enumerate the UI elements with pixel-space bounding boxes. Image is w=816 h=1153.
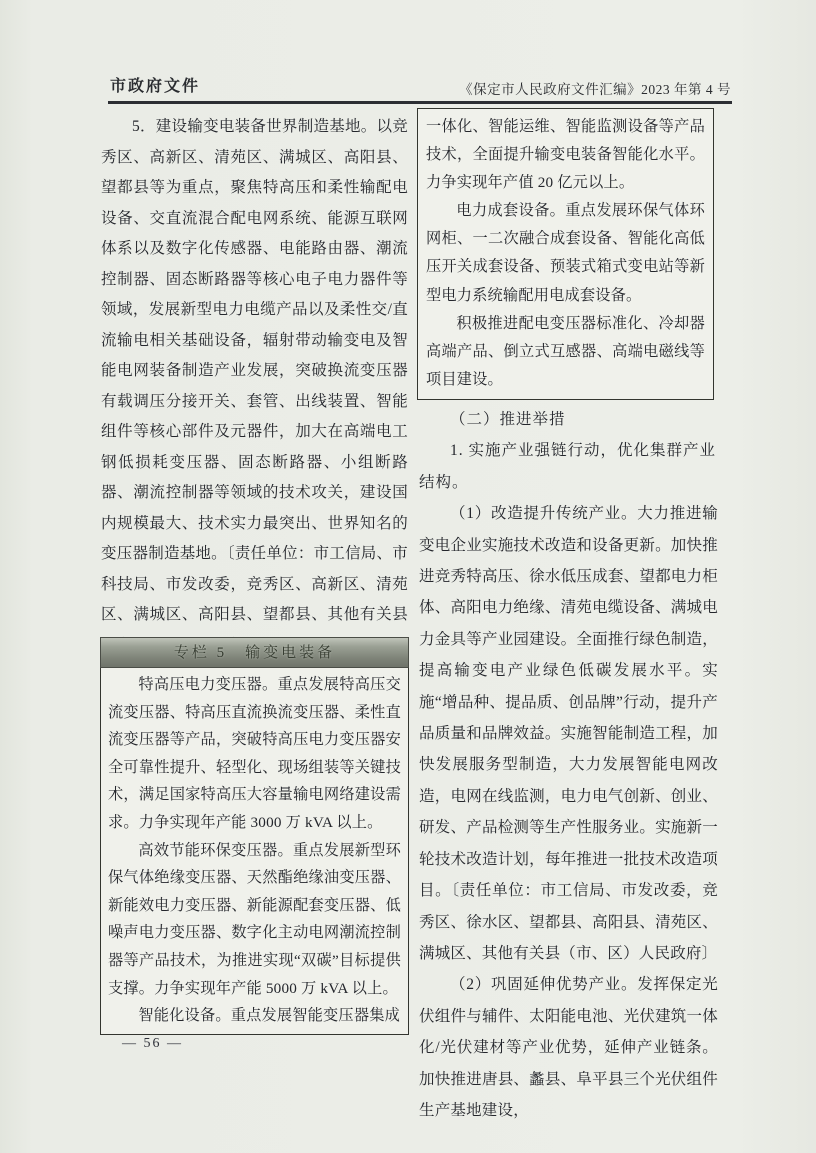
paragraph-2: （2）巩固延伸优势产业。发挥保定光伏组件与辅件、太阳能电池、光伏建筑一体化/光伏…: [419, 969, 718, 1126]
feature-box-paragraph: 特高压电力变压器。重点发展特高压交流变压器、特高压直流换流变压器、柔性直流变压器…: [108, 671, 401, 837]
page-number: — 56 —: [122, 1036, 183, 1052]
right-column: （二）推进举措 1. 实施产业强链行动，优化集群产业结构。 （1）改造提升传统产…: [419, 404, 718, 1126]
feature-box-paragraph: 高效节能环保变压器。重点发展新型环保气体绝缘变压器、天然酯绝缘油变压器、新能效电…: [108, 837, 401, 1003]
feature-box-paragraph: 智能化设备。重点发展智能变压器集成: [108, 1002, 401, 1030]
feature-box-column5: 专栏 5 输变电装备 特高压电力变压器。重点发展特高压交流变压器、特高压直流换流…: [100, 637, 409, 1035]
header-section-title: 市政府文件: [110, 73, 200, 96]
paragraph-1: （1）改造提升传统产业。大力推进输变电企业实施技术改造和设备更新。加快推进竞秀特…: [419, 498, 718, 969]
feature-box-continuation: 一体化、智能运维、智能监测设备等产品技术，全面提升输变电装备智能化水平。力争实现…: [417, 108, 714, 400]
feature-box-paragraph: 积极推进配电变压器标准化、冷却器高端产品、倒立式互感器、高端电磁线等项目建设。: [426, 310, 705, 394]
feature-box-paragraph: 电力成套设备。重点发展环保气体环网柜、一二次融合成套设备、智能化高低压开关成套设…: [426, 197, 705, 309]
section-heading: （二）推进举措: [419, 404, 718, 435]
left-column: 5．建设输变电装备世界制造基地。以竞秀区、高新区、清苑区、满城区、高阳县、望都县…: [101, 112, 408, 661]
paragraph-item5: 5．建设输变电装备世界制造基地。以竞秀区、高新区、清苑区、满城区、高阳县、望都县…: [101, 112, 408, 661]
feature-box-body: 特高压电力变压器。重点发展特高压交流变压器、特高压直流换流变压器、柔性直流变压器…: [100, 668, 409, 1035]
subsection-heading: 1. 实施产业强链行动，优化集群产业结构。: [419, 435, 718, 498]
feature-box-paragraph: 一体化、智能运维、智能监测设备等产品技术，全面提升输变电装备智能化水平。力争实现…: [426, 113, 705, 197]
header-rule: [108, 101, 732, 104]
scanned-document-page: 市政府文件 《保定市人民政府文件汇编》2023 年第 4 号 5．建设输变电装备…: [0, 0, 816, 1153]
feature-box-title-bar: 专栏 5 输变电装备: [100, 637, 409, 668]
header-publication-title: 《保定市人民政府文件汇编》2023 年第 4 号: [459, 78, 731, 98]
